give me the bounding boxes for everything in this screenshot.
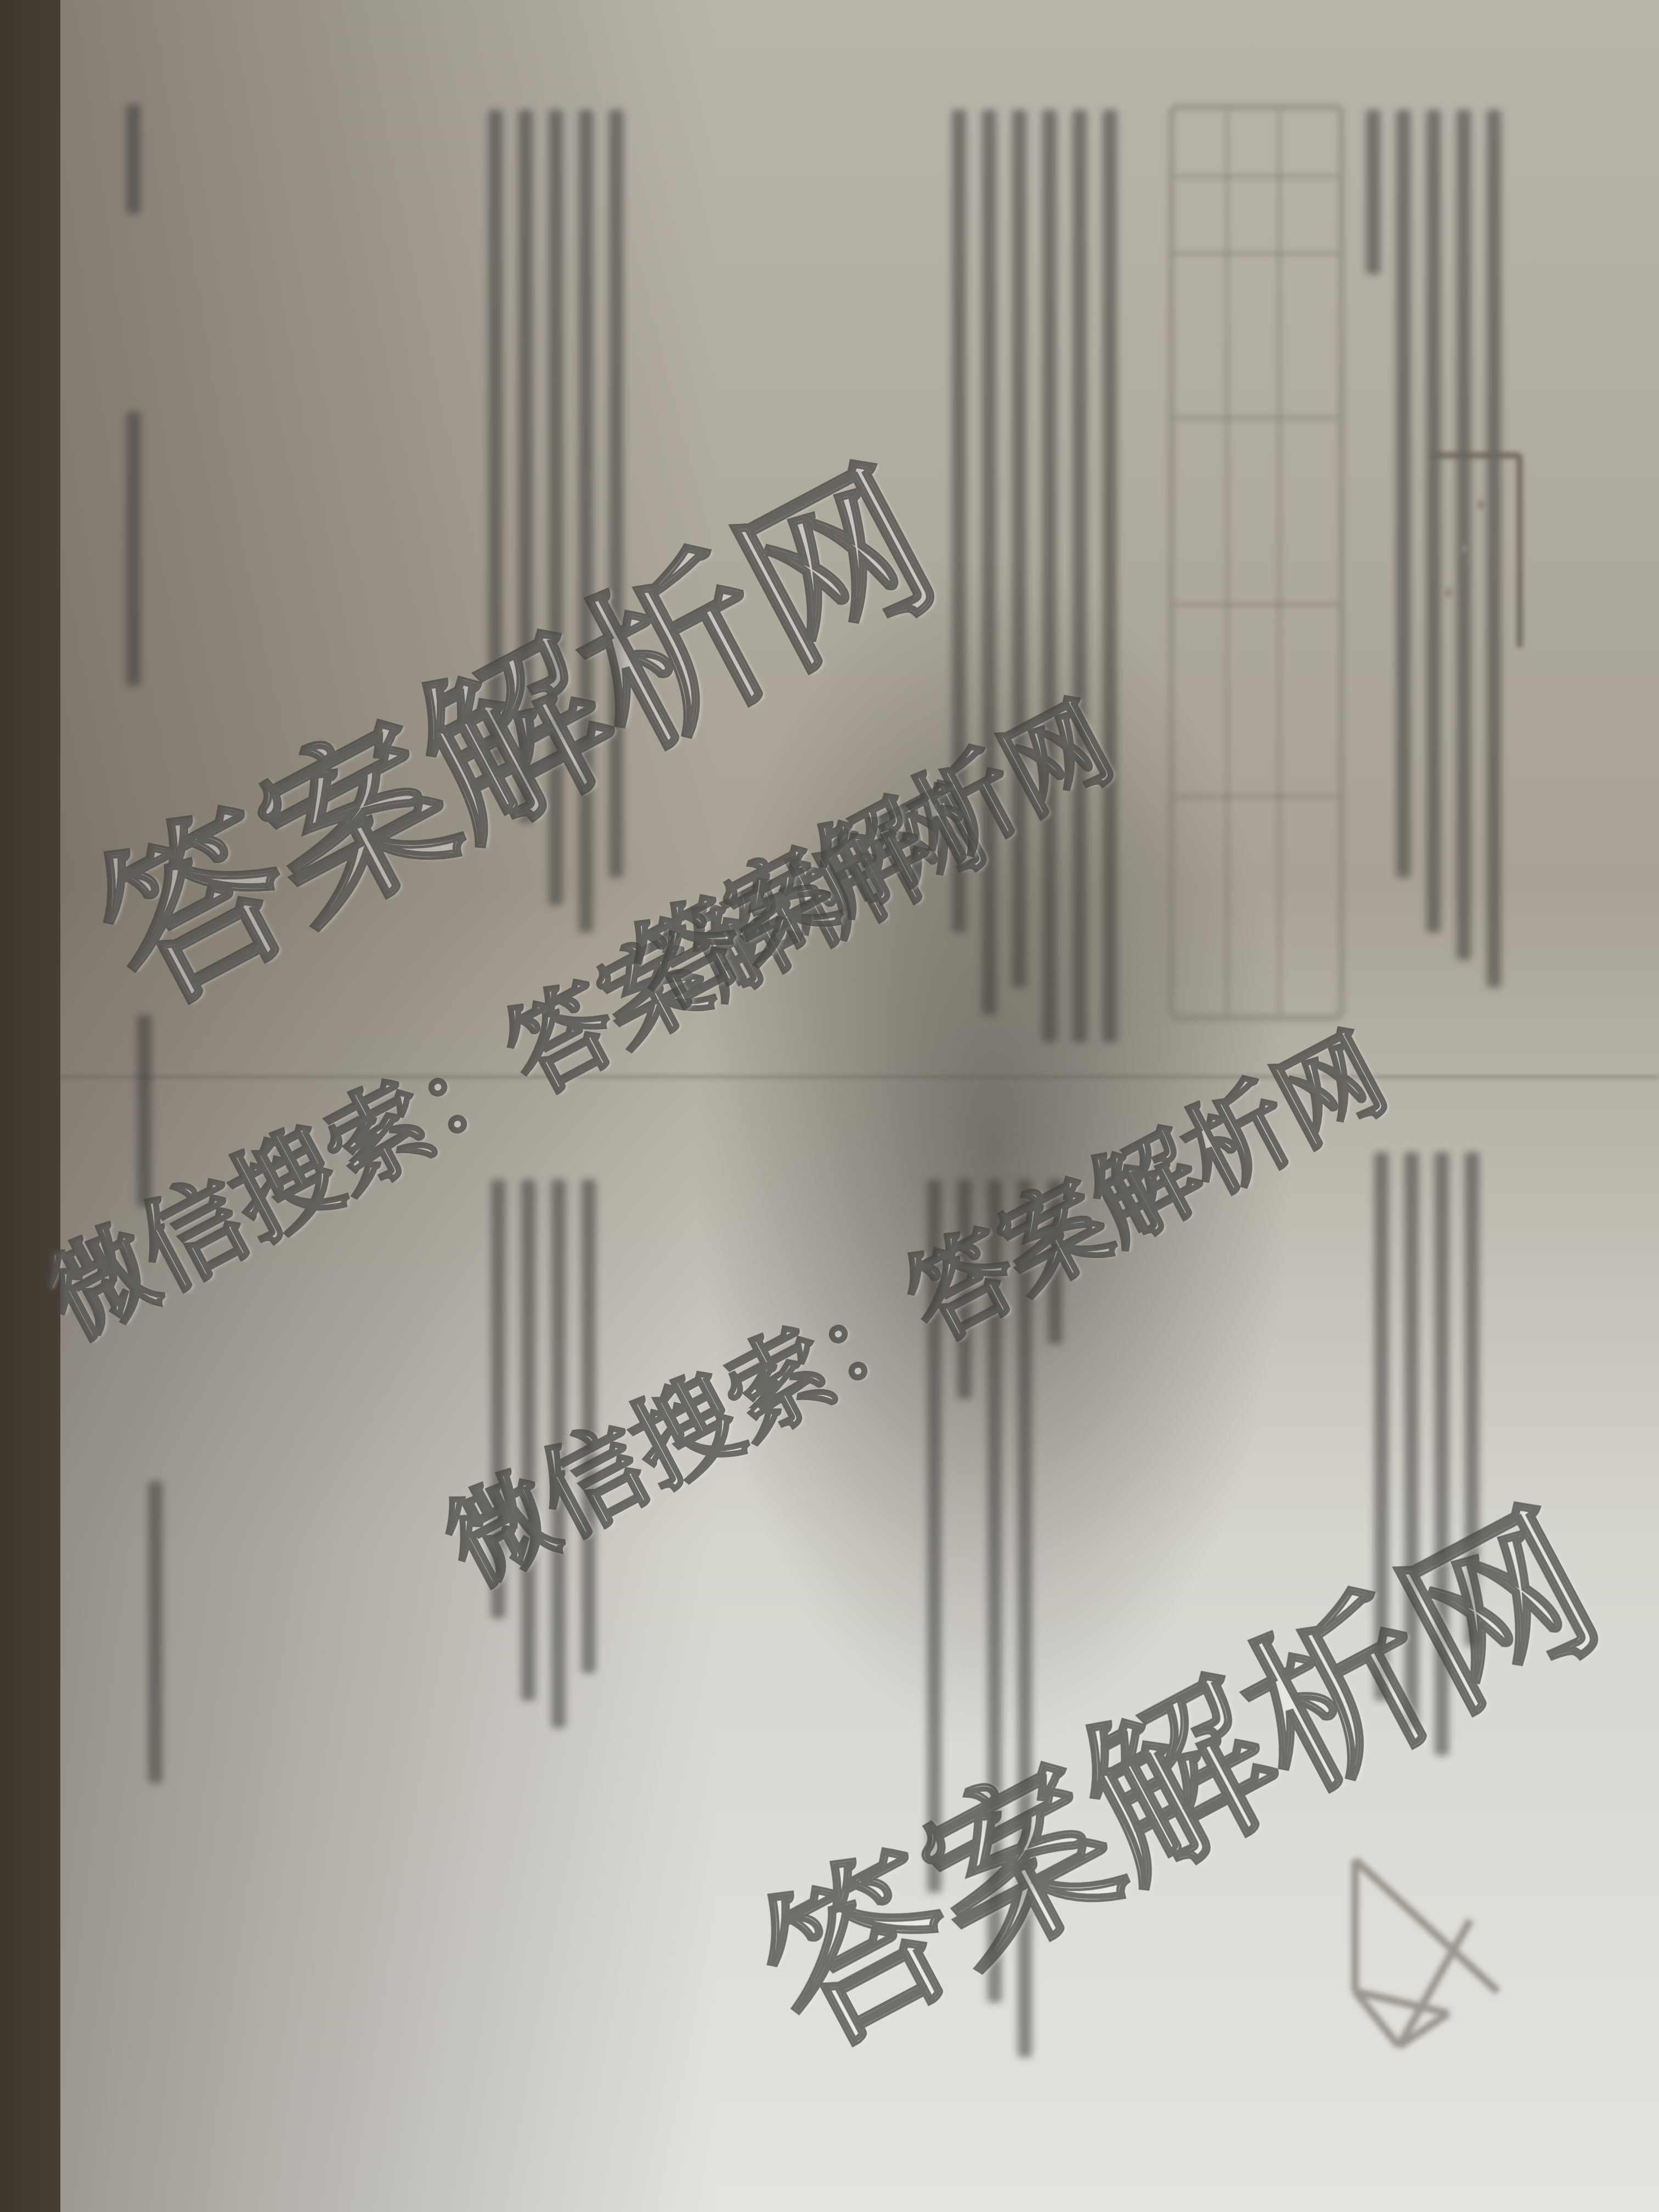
blurred-geometry-figure	[1317, 1827, 1536, 2057]
blurred-text-line	[1042, 110, 1057, 1042]
blurred-text-line	[148, 1481, 162, 1783]
blurred-graph	[1355, 439, 1553, 658]
blurred-text-line	[126, 104, 140, 214]
blurred-text-line	[1073, 110, 1087, 1042]
blurred-text-line	[126, 411, 140, 686]
page-fold	[60, 1075, 1659, 1079]
blurred-text-line	[1103, 110, 1117, 1042]
blurred-text-line	[1366, 110, 1380, 274]
blurred-table	[1169, 104, 1344, 1020]
